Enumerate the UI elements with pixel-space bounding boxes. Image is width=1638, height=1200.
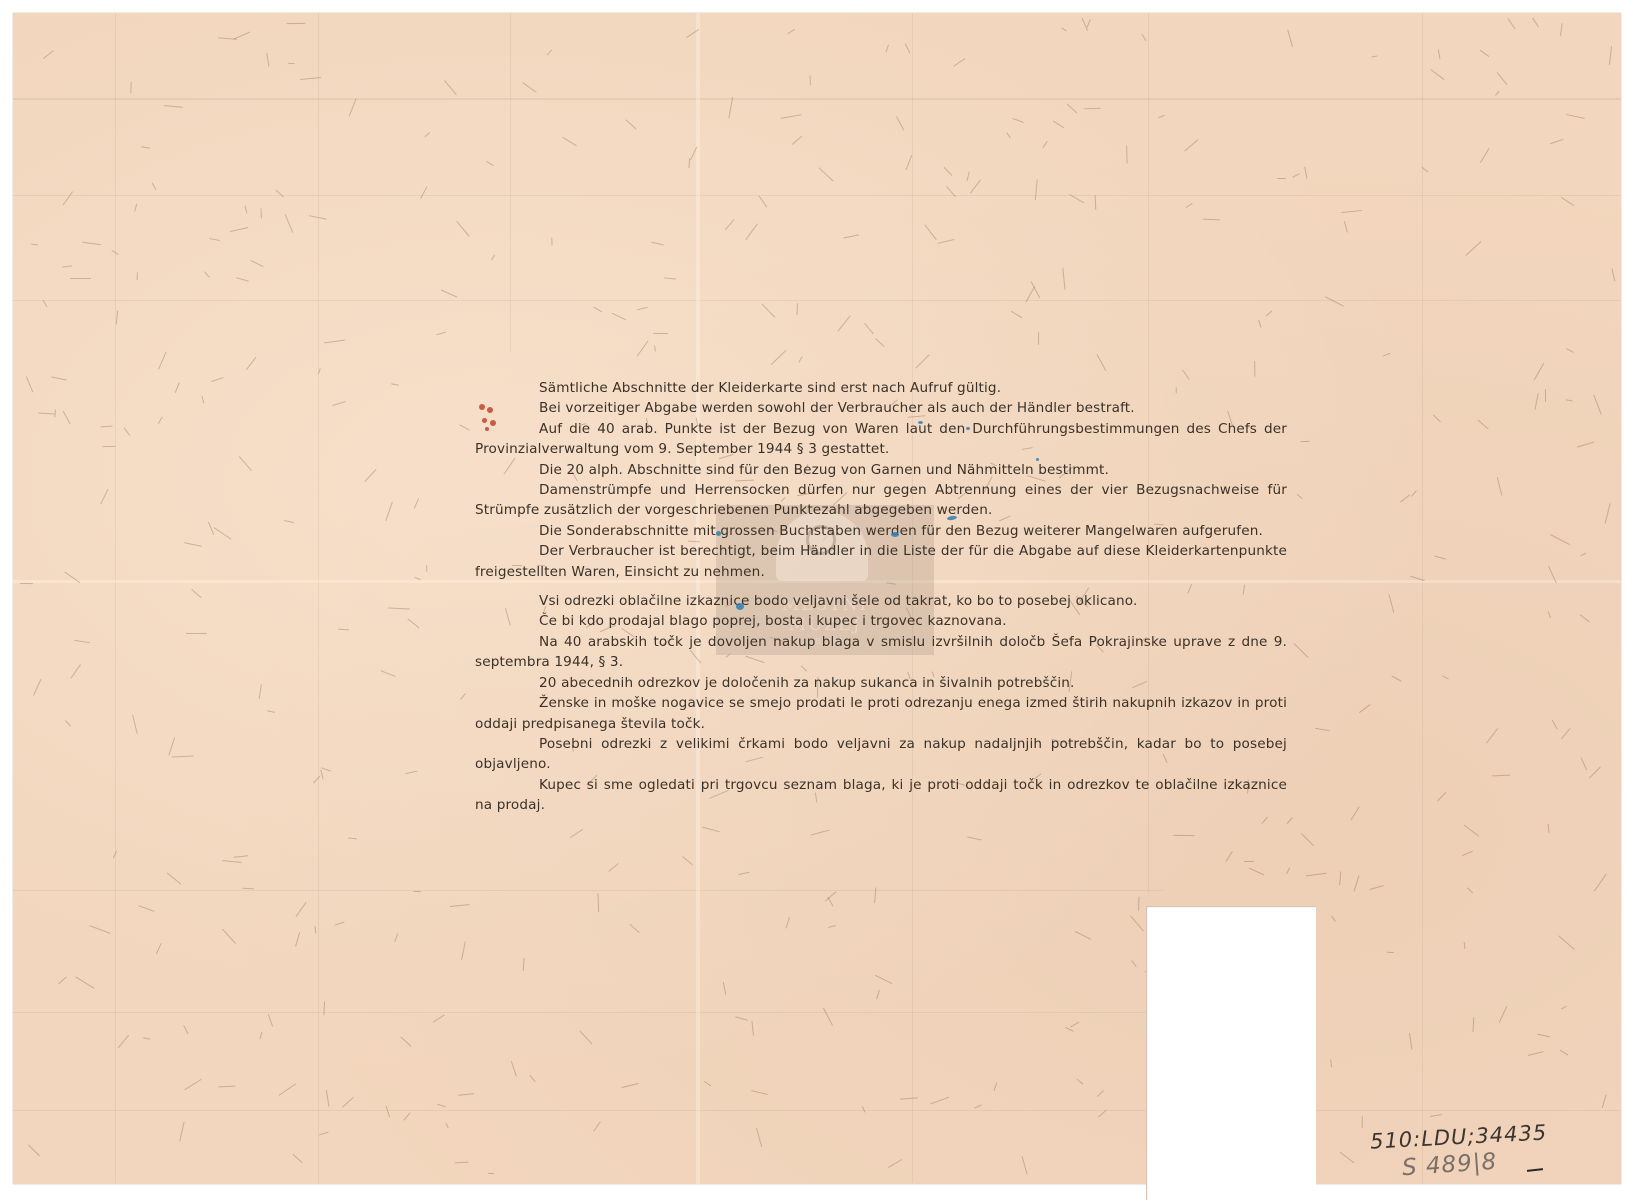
- paper-fiber: [551, 237, 552, 245]
- show-through-line: [13, 195, 1621, 196]
- german-paragraph: Damenstrümpfe und Herrensocken dürfen nu…: [475, 480, 1287, 521]
- show-through-line: [510, 13, 511, 353]
- instructions-text: Sämtliche Abschnitte der Kleiderkarte si…: [475, 378, 1287, 816]
- paper-fiber: [1244, 861, 1254, 862]
- removed-coupon-cutout: [1146, 906, 1316, 1200]
- slovene-instructions: Vsi odrezki oblačilne izkaznice bodo vel…: [475, 591, 1287, 815]
- german-paragraph: Bei vorzeitiger Abgabe werden sowohl der…: [475, 398, 1287, 418]
- paper-fiber: [653, 333, 668, 334]
- german-instructions: Sämtliche Abschnitte der Kleiderkarte si…: [475, 378, 1287, 582]
- slovene-paragraph: 20 abecednih odrezkov je določenih za na…: [475, 673, 1287, 693]
- paper-fiber: [218, 1085, 235, 1087]
- show-through-line: [13, 98, 1621, 100]
- paper-fiber: [1362, 1116, 1363, 1128]
- paper-fiber: [1545, 389, 1546, 402]
- slovene-paragraph: Na 40 arabskih točk je dovoljen nakup bl…: [475, 632, 1287, 673]
- slovene-paragraph: Kupec si sme ogledati pri trgovcu seznam…: [475, 775, 1287, 816]
- german-paragraph: Die 20 alph. Abschnitte sind für den Bez…: [475, 460, 1287, 480]
- slovene-paragraph: Posebni odrezki z velikimi črkami bodo v…: [475, 734, 1287, 775]
- paper-fiber: [796, 304, 797, 316]
- paper-fiber: [1387, 951, 1394, 952]
- german-paragraph: Sämtliche Abschnitte der Kleiderkarte si…: [475, 378, 1287, 398]
- show-through-line: [13, 890, 1163, 891]
- show-through-line: [318, 13, 319, 1183]
- german-paragraph: Auf die 40 arab. Punkte ist der Bezug vo…: [475, 419, 1287, 460]
- slovene-paragraph: Ženske in moške nogavice se smejo prodat…: [475, 693, 1287, 734]
- slovene-paragraph: Vsi odrezki oblačilne izkaznice bodo vel…: [475, 591, 1287, 611]
- show-through-line: [1422, 13, 1423, 1183]
- paper-fiber: [70, 278, 91, 279]
- section-gap: [475, 582, 1287, 591]
- show-through-line: [13, 300, 1621, 301]
- slovene-paragraph: Če bi kdo prodajal blago poprej, bosta i…: [475, 611, 1287, 631]
- show-through-line: [13, 1110, 1621, 1111]
- german-paragraph: Der Verbraucher ist berechtigt, beim Hän…: [475, 541, 1287, 582]
- paper-fiber: [1277, 178, 1286, 179]
- show-through-line: [115, 13, 116, 1183]
- show-through-line: [13, 1012, 1163, 1013]
- paper-fiber: [20, 583, 33, 584]
- german-paragraph: Die Sonderabschnitte mit grossen Buchsta…: [475, 521, 1287, 541]
- paper-fiber: [1038, 332, 1039, 345]
